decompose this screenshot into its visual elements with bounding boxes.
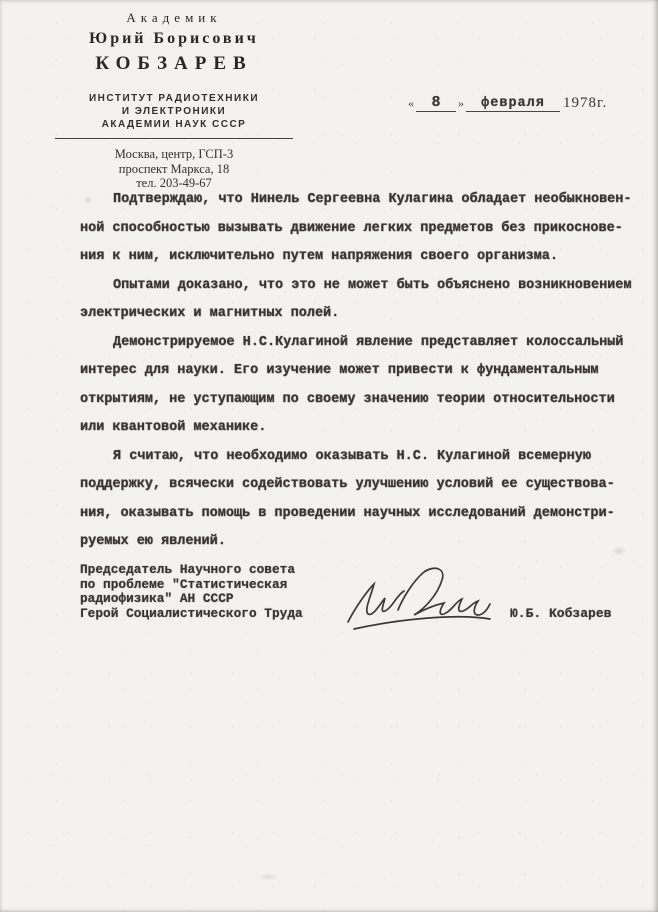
institute-line: И ЭЛЕКТРОНИКИ <box>55 105 293 118</box>
body-line: ния к ним, исключительно путем напряжени… <box>80 243 636 272</box>
body-line: поддержку, всячески содействовать улучше… <box>80 471 636 500</box>
body-line: Демонстрируемое Н.С.Кулагиной явление пр… <box>80 329 636 358</box>
address-line: проспект Маркса, 18 <box>55 162 293 177</box>
date-close-quote: » <box>456 96 466 112</box>
body-line: ной способностью вызывать движение легки… <box>80 215 636 244</box>
body-line: интерес для науки. Его изучение может пр… <box>80 357 636 386</box>
body-line: или квантовой механике. <box>80 414 636 443</box>
handwritten-signature <box>338 558 500 640</box>
body-line: Подтверждаю, что Нинель Сергеевна Кулаги… <box>80 186 636 215</box>
letter-body: Подтверждаю, что Нинель Сергеевна Кулаги… <box>80 186 636 557</box>
signer-title-line: Председатель Научного совета <box>80 563 303 578</box>
letterhead-address: Москва, центр, ГСП-3 проспект Маркса, 18… <box>55 147 293 191</box>
scanned-letter-page: Академик Юрий Борисович КОБЗАРЕВ ИНСТИТУ… <box>0 0 658 912</box>
letterhead-name: Юрий Борисович <box>55 30 293 48</box>
body-line: открытиям, не уступающим по своему значе… <box>80 386 636 415</box>
date-open-quote: « <box>406 96 416 112</box>
body-line: ния, оказывать помощь в проведении научн… <box>80 500 636 529</box>
signer-title-block: Председатель Научного совета по проблеме… <box>80 563 303 621</box>
letterhead-surname: КОБЗАРЕВ <box>55 53 293 75</box>
body-line: электрических и магнитных полей. <box>80 300 636 329</box>
body-line: руемых ею явлений. <box>80 528 636 557</box>
letterhead-institute: ИНСТИТУТ РАДИОТЕХНИКИ И ЭЛЕКТРОНИКИ АКАД… <box>55 92 293 131</box>
institute-line: ИНСТИТУТ РАДИОТЕХНИКИ <box>55 92 293 105</box>
letterhead-divider <box>55 138 293 139</box>
body-line: Я считаю, что необходимо оказывать Н.С. … <box>80 443 636 472</box>
letterhead-title: Академик <box>55 10 293 26</box>
date-line: « 8 » февраля 1978г. <box>406 94 607 112</box>
signer-title-line: Герой Социалистического Труда <box>80 607 303 622</box>
paper-smudge <box>258 873 280 881</box>
letterhead: Академик Юрий Борисович КОБЗАРЕВ ИНСТИТУ… <box>55 10 293 191</box>
date-year: 1978г. <box>560 95 607 112</box>
body-line: Опытами доказано, что это не может быть … <box>80 272 636 301</box>
date-day: 8 <box>416 94 456 112</box>
signer-title-line: радиофизика" АН СССР <box>80 592 303 607</box>
signer-title-line: по проблеме "Статистическая <box>80 578 303 593</box>
address-line: Москва, центр, ГСП-3 <box>55 147 293 162</box>
institute-line: АКАДЕМИИ НАУК СССР <box>55 118 293 131</box>
date-month: февраля <box>466 96 560 112</box>
signer-name: Ю.Б. Кобзарев <box>510 606 611 621</box>
